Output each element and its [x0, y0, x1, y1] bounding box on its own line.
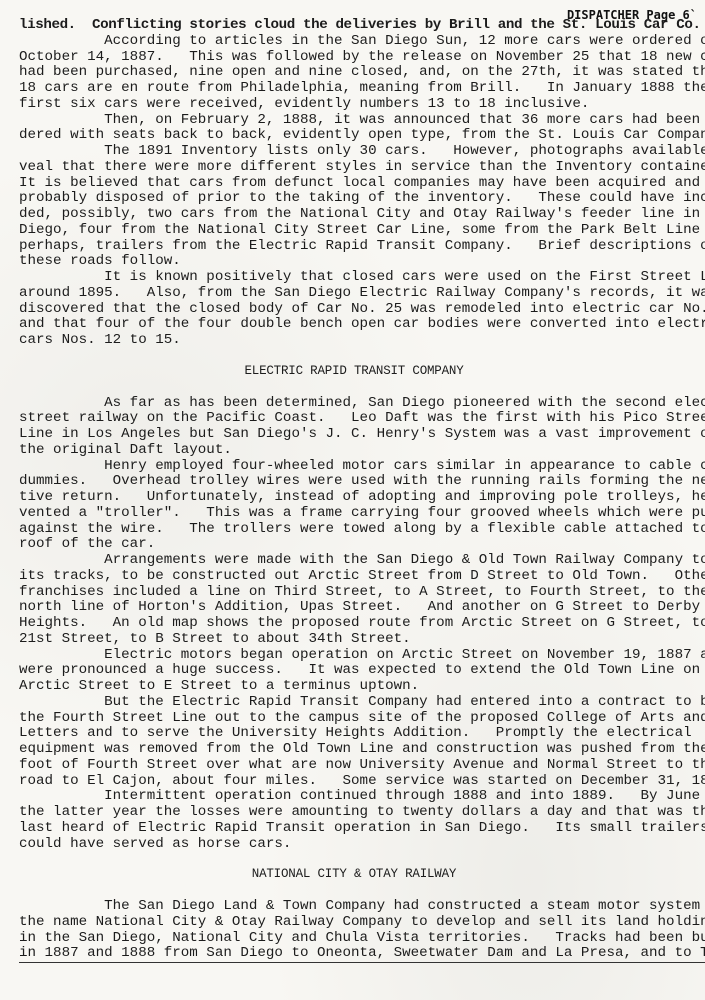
- text-line: discovered that the closed body of Car N…: [19, 302, 699, 318]
- text-line: street railway on the Pacific Coast. Leo…: [19, 411, 699, 427]
- text-line: roof of the car.: [19, 537, 699, 553]
- text-line: road to El Cajon, about four miles. Some…: [19, 774, 699, 790]
- text-line: Diego, four from the National City Stree…: [19, 223, 699, 239]
- text-line: veal that there were more different styl…: [19, 160, 699, 176]
- text-line: perhaps, trailers from the Electric Rapi…: [19, 239, 699, 255]
- text-line: Intermittent operation continued through…: [19, 789, 699, 805]
- text-line: tive return. Unfortunately, instead of a…: [19, 490, 699, 506]
- text-line: October 14, 1887. This was followed by t…: [19, 50, 699, 66]
- section-electric-rapid-transit: As far as has been determined, San Diego…: [19, 396, 699, 853]
- text-line: equipment was removed from the Old Town …: [19, 742, 699, 758]
- text-line: Henry employed four-wheeled motor cars s…: [19, 459, 699, 475]
- text-line: The San Diego Land & Town Company had co…: [19, 899, 699, 915]
- text-line: its tracks, to be constructed out Arctic…: [19, 569, 699, 585]
- text-line: the latter year the losses were amountin…: [19, 805, 699, 821]
- text-line: last heard of Electric Rapid Transit ope…: [19, 821, 699, 837]
- text-line: It is believed that cars from defunct lo…: [19, 176, 699, 192]
- text-line: 18 cars are en route from Philadelphia, …: [19, 81, 699, 97]
- text-line: It is known positively that closed cars …: [19, 270, 699, 286]
- text-line: As far as has been determined, San Diego…: [19, 396, 699, 412]
- text-line: the name National City & Otay Railway Co…: [19, 915, 699, 931]
- text-line: probably disposed of prior to the taking…: [19, 191, 699, 207]
- text-line: were pronounced a huge success. It was e…: [19, 663, 699, 679]
- section-heading-electric-rapid-transit: ELECTRIC RAPID TRANSIT COMPANY: [19, 364, 699, 380]
- text-line: foot of Fourth Street over what are now …: [19, 758, 699, 774]
- text-line: Line in Los Angeles but San Diego's J. C…: [19, 427, 699, 443]
- text-line: against the wire. The trollers were towe…: [19, 522, 699, 538]
- text-line: vented a "troller". This was a frame car…: [19, 506, 699, 522]
- text-line: first six cars were received, evidently …: [19, 97, 699, 113]
- text-line: The 1891 Inventory lists only 30 cars. H…: [19, 144, 699, 160]
- text-line: in the San Diego, National City and Chul…: [19, 931, 699, 947]
- text-line: around 1895. Also, from the San Diego El…: [19, 286, 699, 302]
- text-line: could have served as horse cars.: [19, 837, 699, 853]
- text-line: lished. Conflicting stories cloud the de…: [19, 18, 699, 34]
- text-line: Letters and to serve the University Heig…: [19, 726, 699, 742]
- text-line: and that four of the four double bench o…: [19, 317, 699, 333]
- text-line: But the Electric Rapid Transit Company h…: [19, 695, 699, 711]
- text-line: Heights. An old map shows the proposed r…: [19, 616, 699, 632]
- section-heading-national-city-otay: NATIONAL CITY & OTAY RAILWAY: [19, 867, 699, 883]
- text-line: cars Nos. 12 to 15.: [19, 333, 699, 349]
- text-line: north line of Horton's Addition, Upas St…: [19, 600, 699, 616]
- text-line: dummies. Overhead trolley wires were use…: [19, 474, 699, 490]
- text-line: Then, on February 2, 1888, it was announ…: [19, 113, 699, 129]
- text-line: 21st Street, to B Street to about 34th S…: [19, 632, 699, 648]
- text-line: in 1887 and 1888 from San Diego to Oneon…: [19, 946, 705, 963]
- text-line: had been purchased, nine open and nine c…: [19, 65, 699, 81]
- text-line: ded, possibly, two cars from the Nationa…: [19, 207, 699, 223]
- text-line: Arrangements were made with the San Dieg…: [19, 553, 699, 569]
- text-line: the original Daft layout.: [19, 443, 699, 459]
- text-line: the Fourth Street Line out to the campus…: [19, 711, 699, 727]
- text-line: these roads follow.: [19, 254, 699, 270]
- text-line: According to articles in the San Diego S…: [19, 34, 699, 50]
- document-body: lished. Conflicting stories cloud the de…: [19, 18, 699, 963]
- text-line: Electric motors began operation on Arcti…: [19, 648, 699, 664]
- text-line: Arctic Street to E Street to a terminus …: [19, 679, 699, 695]
- text-line: dered with seats back to back, evidently…: [19, 128, 699, 144]
- document-page: DISPATCHER Page 6` lished. Conflicting s…: [0, 0, 705, 1000]
- section-intro: lished. Conflicting stories cloud the de…: [19, 18, 699, 349]
- text-line: franchises included a line on Third Stre…: [19, 585, 699, 601]
- section-national-city-otay: The San Diego Land & Town Company had co…: [19, 899, 699, 963]
